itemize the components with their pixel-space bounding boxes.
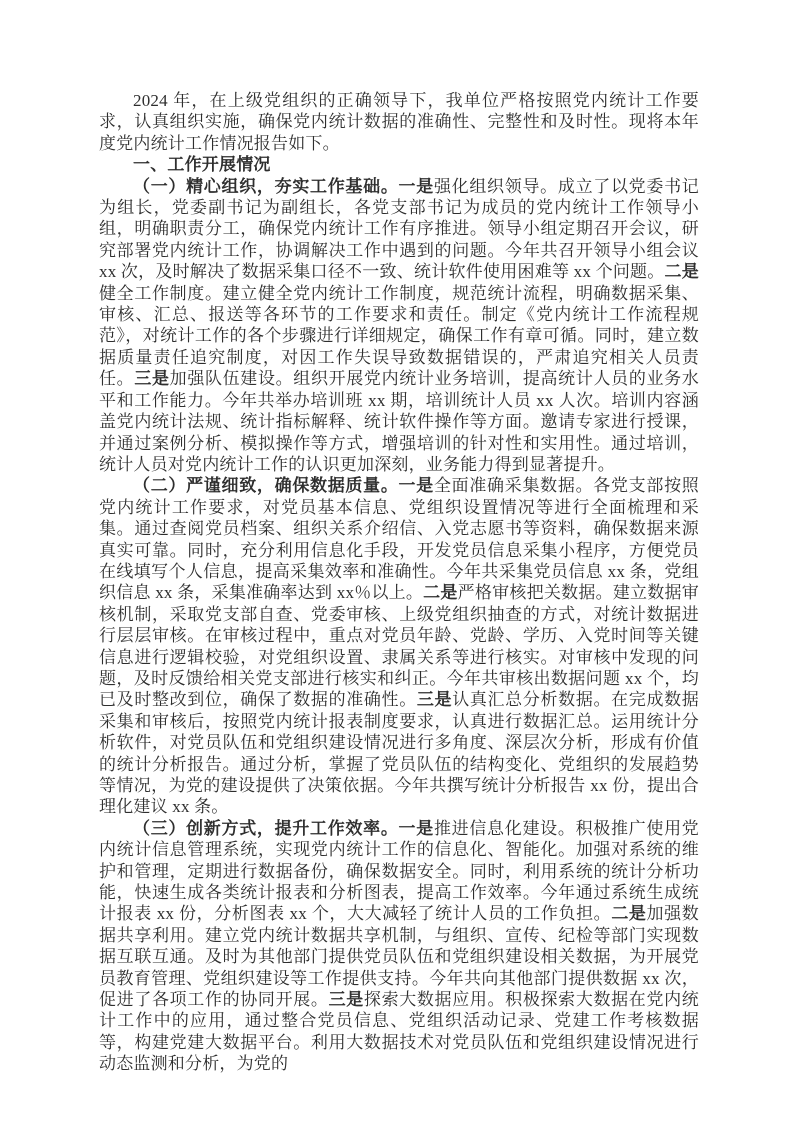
paragraph: （一）精心组织，夯实工作基础。一是强化组织领导。成立了以党委书记为组长，党委副书… (99, 176, 699, 476)
text-run: 二是 (665, 262, 699, 281)
text-run: （二）严谨细致，确保数据质量。一是 (133, 476, 434, 495)
text-run: 三是 (329, 990, 364, 1009)
document-body: 2024 年，在上级党组织的正确领导下，我单位严格按照党内统计工作要求，认真组织… (99, 90, 699, 1075)
text-run: 一、工作开展情况 (133, 155, 271, 174)
text-run: 二是 (423, 583, 457, 602)
paragraph: （三）创新方式，提升工作效率。一是推进信息化建设。积极推广使用党内统计信息管理系… (99, 818, 699, 1075)
document-page: 2024 年，在上级党组织的正确领导下，我单位严格按照党内统计工作要求，认真组织… (0, 0, 793, 1122)
text-run: 加强队伍建设。组织开展党内统计业务培训，提高统计人员的业务水平和工作能力。今年共… (99, 369, 699, 474)
paragraph: （二）严谨细致，确保数据质量。一是全面准确采集数据。各党支部按照党内统计工作要求… (99, 475, 699, 818)
text-run: 三是 (417, 690, 452, 709)
section-heading: 一、工作开展情况 (99, 154, 699, 175)
text-run: 三是 (134, 369, 169, 388)
text-run: （三）创新方式，提升工作效率。一是 (133, 819, 434, 838)
paragraph: 2024 年，在上级党组织的正确领导下，我单位严格按照党内统计工作要求，认真组织… (99, 90, 699, 154)
text-run: （一）精心组织，夯实工作基础。一是 (133, 177, 434, 196)
text-run: 二是 (611, 904, 646, 923)
text-run: 2024 年，在上级党组织的正确领导下，我单位严格按照党内统计工作要求，认真组织… (99, 91, 699, 153)
